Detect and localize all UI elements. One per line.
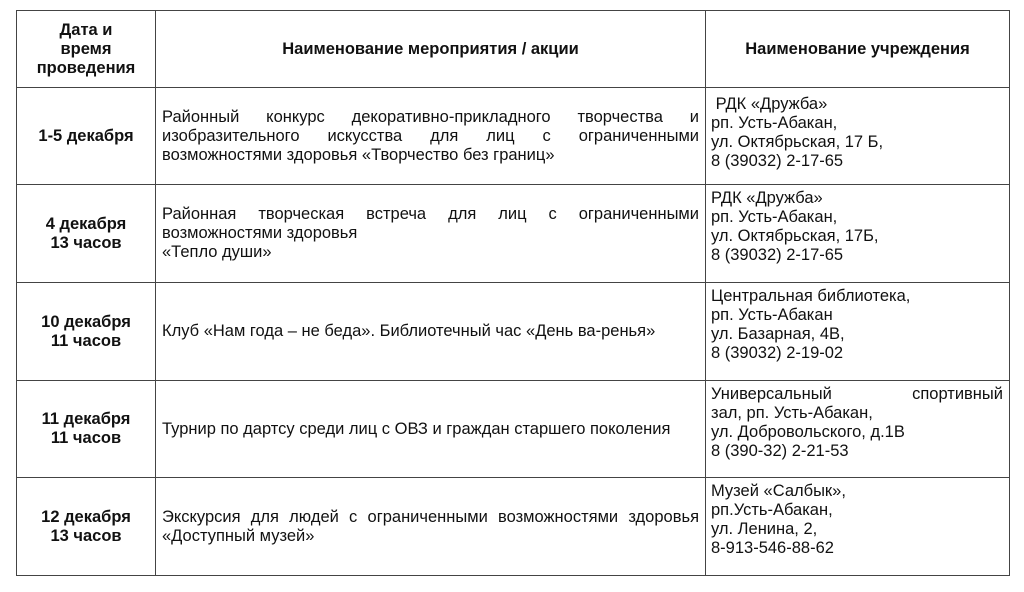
table-row: 11 декабря 11 часов Турнир по дартсу сре… — [17, 381, 1010, 478]
table-header-row: Дата и время проведения Наименование мер… — [17, 11, 1010, 88]
institution-phone: 8 (39032) 2-17-65 — [711, 246, 1003, 265]
event-cell: Экскурсия для людей с ограниченными возм… — [156, 478, 706, 576]
institution-locality: рп.Усть-Абакан, — [711, 501, 1003, 520]
date-cell: 4 декабря 13 часов — [17, 185, 156, 283]
time-text: 13 часов — [17, 234, 155, 253]
institution-locality: зал, рп. Усть-Абакан, — [711, 404, 1003, 423]
header-institution: Наименование учреждения — [706, 11, 1010, 88]
institution-phone: 8 (39032) 2-17-65 — [711, 152, 1003, 171]
table-row: 1-5 декабря Районный конкурс декоративно… — [17, 88, 1010, 185]
events-table: Дата и время проведения Наименование мер… — [16, 10, 1010, 576]
event-text: Клуб «Нам года – не беда». Библиотечный … — [162, 322, 699, 341]
event-text: Районная творческая встреча для лиц с ог… — [162, 205, 699, 243]
event-text: Турнир по дартсу среди лиц с ОВЗ и гражд… — [162, 420, 699, 439]
table-row: 12 декабря 13 часов Экскурсия для людей … — [17, 478, 1010, 576]
institution-locality: рп. Усть-Абакан, — [711, 114, 1003, 133]
table-row: 4 декабря 13 часов Районная творческая в… — [17, 185, 1010, 283]
date-cell: 12 декабря 13 часов — [17, 478, 156, 576]
institution-cell: Центральная библиотека, рп. Усть-Абакан … — [706, 283, 1010, 381]
institution-cell: Музей «Салбык», рп.Усть-Абакан, ул. Лени… — [706, 478, 1010, 576]
date-cell: 10 декабря 11 часов — [17, 283, 156, 381]
institution-phone: 8-913-546-88-62 — [711, 539, 1003, 558]
institution-street: ул. Ленина, 2, — [711, 520, 1003, 539]
institution-name: Центральная библиотека, — [711, 287, 1003, 306]
institution-locality: рп. Усть-Абакан, — [711, 208, 1003, 227]
institution-street: ул. Добровольского, д.1В — [711, 423, 1003, 442]
event-cell: Районный конкурс декоративно-прикладного… — [156, 88, 706, 185]
institution-street: ул. Базарная, 4В, — [711, 325, 1003, 344]
header-date-time: Дата и время проведения — [17, 11, 156, 88]
date-text: 10 декабря — [17, 313, 155, 332]
header-date-line: Дата и — [17, 21, 155, 40]
institution-street: ул. Октябрьская, 17 Б, — [711, 133, 1003, 152]
institution-phone: 8 (390-32) 2-21-53 — [711, 442, 1003, 461]
table-row: 10 декабря 11 часов Клуб «Нам года – не … — [17, 283, 1010, 381]
event-cell: Клуб «Нам года – не беда». Библиотечный … — [156, 283, 706, 381]
event-cell: Турнир по дартсу среди лиц с ОВЗ и гражд… — [156, 381, 706, 478]
date-text: 11 декабря — [17, 410, 155, 429]
institution-cell: Универсальный спортивный зал, рп. Усть-А… — [706, 381, 1010, 478]
time-text: 11 часов — [17, 429, 155, 448]
date-cell: 1-5 декабря — [17, 88, 156, 185]
event-title: «Тепло души» — [162, 243, 699, 262]
event-text: Районный конкурс декоративно-прикладного… — [162, 108, 699, 165]
header-event-name: Наименование мероприятия / акции — [156, 11, 706, 88]
time-text: 11 часов — [17, 332, 155, 351]
institution-name: РДК «Дружба» — [711, 95, 1003, 114]
time-text: 13 часов — [17, 527, 155, 546]
institution-locality: рп. Усть-Абакан — [711, 306, 1003, 325]
header-date-line: проведения — [17, 59, 155, 78]
institution-name: Универсальный спортивный — [711, 385, 1003, 404]
date-cell: 11 декабря 11 часов — [17, 381, 156, 478]
institution-name: Музей «Салбык», — [711, 482, 1003, 501]
institution-phone: 8 (39032) 2-19-02 — [711, 344, 1003, 363]
event-text: Экскурсия для людей с ограниченными возм… — [162, 508, 699, 546]
institution-street: ул. Октябрьская, 17Б, — [711, 227, 1003, 246]
date-text: 4 декабря — [17, 215, 155, 234]
header-date-line: время — [17, 40, 155, 59]
institution-name: РДК «Дружба» — [711, 189, 1003, 208]
event-cell: Районная творческая встреча для лиц с ог… — [156, 185, 706, 283]
date-text: 1-5 декабря — [17, 127, 155, 146]
date-text: 12 декабря — [17, 508, 155, 527]
institution-cell: РДК «Дружба» рп. Усть-Абакан, ул. Октябр… — [706, 185, 1010, 283]
institution-cell: РДК «Дружба» рп. Усть-Абакан, ул. Октябр… — [706, 88, 1010, 185]
